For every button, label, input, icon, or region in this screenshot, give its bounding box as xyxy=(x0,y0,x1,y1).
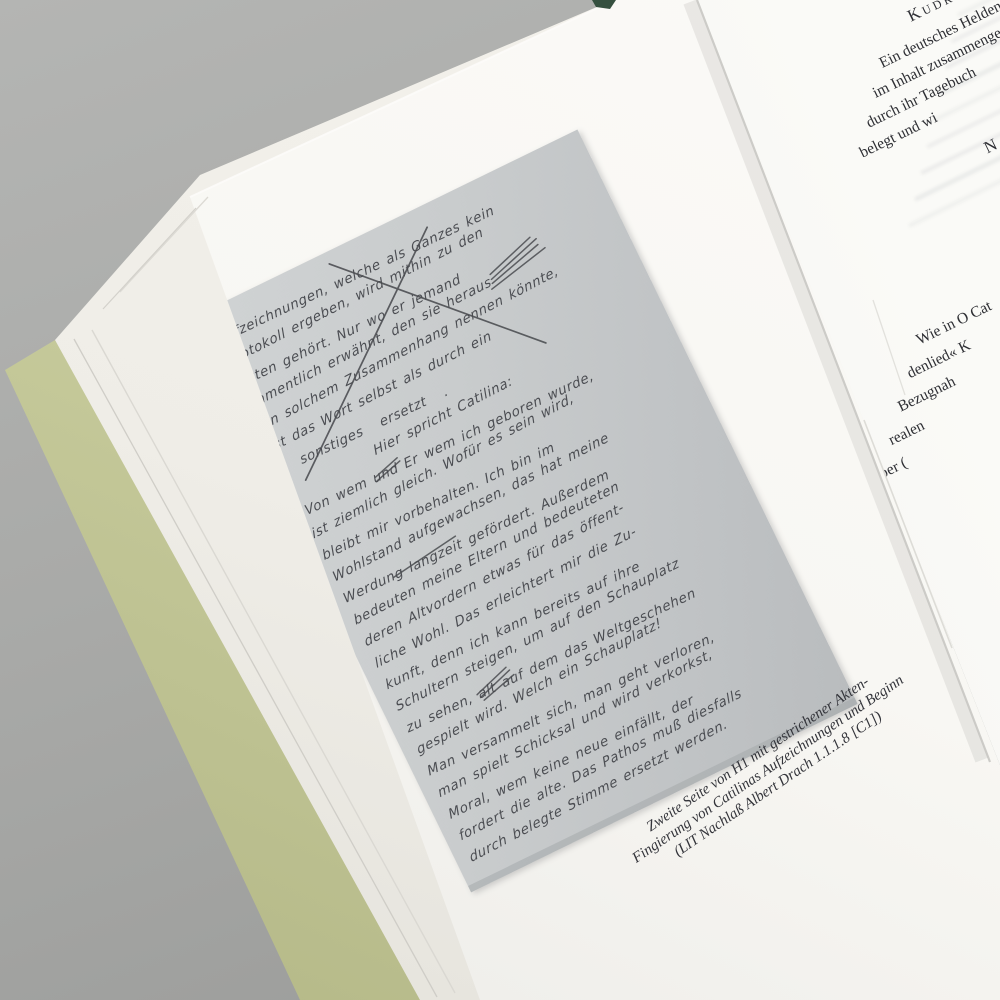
body-line-2: denlied« K xyxy=(903,117,1000,386)
photo-of-open-book: Aufzeichnungen, welche als Ganzes keinPr… xyxy=(0,0,1000,1000)
